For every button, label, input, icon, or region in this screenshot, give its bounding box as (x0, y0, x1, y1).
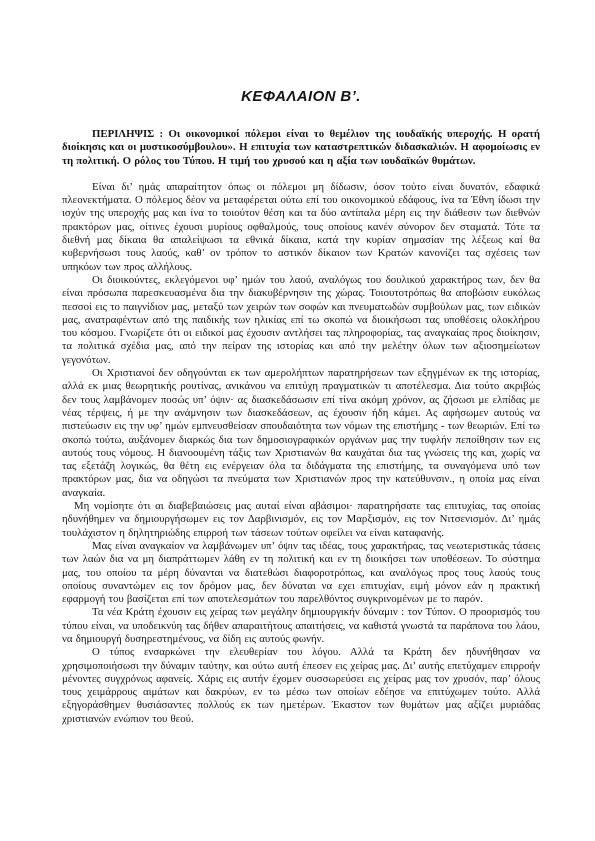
page-content: ΚΕΦΑΛΑΙΟΝ Β’. ΠΕΡΙΛΗΨΙΣ : Οι οικονομικοί… (62, 88, 540, 726)
summary-paragraph: ΠΕΡΙΛΗΨΙΣ : Οι οικονομικοί πόλεμοι είναι… (62, 128, 540, 168)
document-page: ΚΕΦΑΛΑΙΟΝ Β’. ΠΕΡΙΛΗΨΙΣ : Οι οικονομικοί… (0, 0, 595, 841)
chapter-title: ΚΕΦΑΛΑΙΟΝ Β’. (62, 88, 540, 105)
body-paragraph-6: Τα νέα Κράτη έχουσιν εις χείρας των μεγά… (62, 606, 540, 646)
body-paragraph-5: Μας είναι αναγκαίον να λαμβάνωμεν υπ’ όψ… (62, 540, 540, 606)
body-paragraph-2: Οι διοικούντες, εκλεγόμενοι υφ’ ημών του… (62, 274, 540, 367)
body-paragraph-7: Ο τύπος ενσαρκώνει την ελευθερίαν του λό… (62, 646, 540, 726)
body-paragraph-4: Μη νομίσητε ότι αι διαβεβαιώσεις μας αυτ… (62, 500, 540, 540)
body-paragraph-1: Είναι δι’ ημάς απαραίτητον όπως οι πόλεμ… (62, 181, 540, 274)
body-paragraph-3: Οι Χριστιανοί δεν οδηγούνται εκ των αμερ… (62, 367, 540, 500)
